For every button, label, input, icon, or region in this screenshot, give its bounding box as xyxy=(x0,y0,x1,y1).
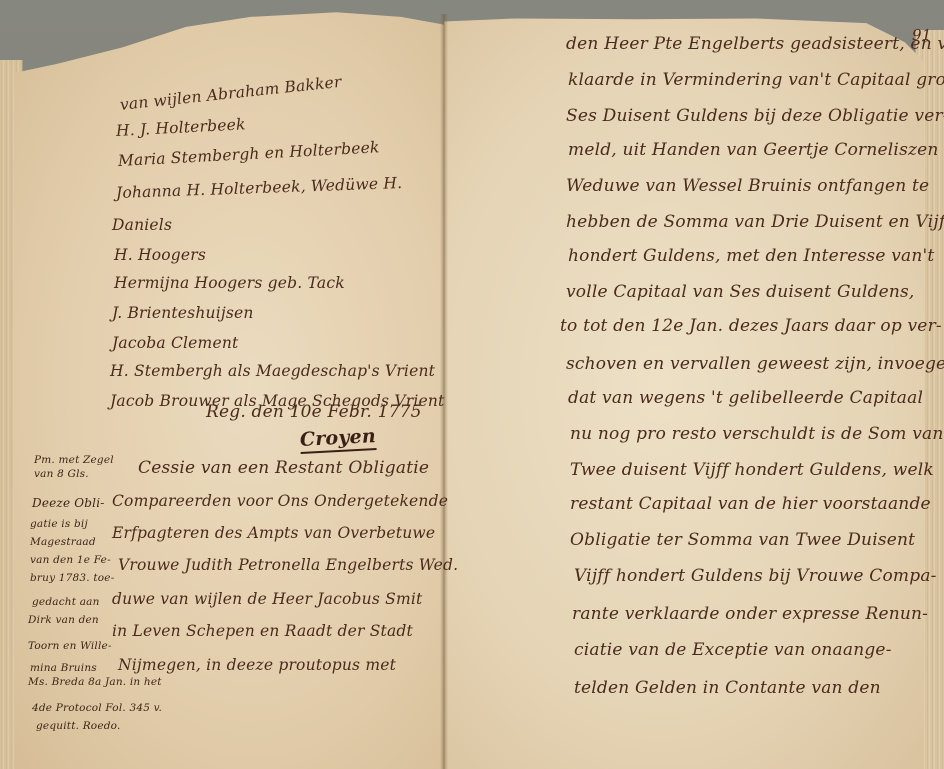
left-body-line: duwe van wijlen de Heer Jacobus Smit xyxy=(112,590,422,608)
right-line: Ses Duisent Guldens bij deze Obligatie v… xyxy=(566,106,944,126)
right-line: volle Capitaal van Ses duisent Guldens, xyxy=(566,282,915,302)
left-line: H. Hoogers xyxy=(114,246,206,264)
right-line: Twee duisent Vijff hondert Guldens, welk xyxy=(570,460,934,480)
right-line: den Heer Pte Engelberts geadsisteert, en… xyxy=(566,34,944,54)
left-body-line: Erfpagteren des Ampts van Overbetuwe xyxy=(112,524,435,542)
margin-note-line: mina Bruins xyxy=(30,662,97,674)
registration-date: Reg. den 10e Febr. 1775 xyxy=(206,402,422,422)
right-line: hebben de Somma van Drie Duisent en Vijf… xyxy=(566,212,944,232)
left-body-line: in Leven Schepen en Raadt der Stadt xyxy=(112,622,413,640)
right-line: to tot den 12e Jan. dezes Jaars daar op … xyxy=(560,316,942,336)
right-line: restant Capitaal van de hier voorstaande xyxy=(570,494,931,514)
left-body-line: Compareerden voor Ons Ondergetekende xyxy=(112,492,448,510)
left-line: Daniels xyxy=(112,216,172,234)
right-line: hondert Guldens, met den Interesse van't xyxy=(568,246,934,266)
right-line: nu nog pro resto verschuldt is de Som va… xyxy=(570,424,944,444)
margin-note-line: van 8 Gls. xyxy=(34,468,89,480)
right-line: Weduwe van Wessel Bruinis ontfangen te xyxy=(566,176,929,196)
left-line: Hermijna Hoogers geb. Tack xyxy=(114,274,345,292)
margin-note-line: Magestraad xyxy=(30,536,96,548)
margin-note-line: 4de Protocol Fol. 345 v. xyxy=(32,702,162,714)
margin-note-line: van den 1e Fe- xyxy=(30,554,111,566)
right-line: dat van wegens 't gelibelleerde Capitaal xyxy=(568,388,923,408)
right-line: Obligatie ter Somma van Twee Duisent xyxy=(570,530,915,550)
margin-note-line: bruy 1783. toe- xyxy=(30,572,114,584)
margin-note-line: Deeze Obli- xyxy=(32,496,105,510)
margin-note-line: Toorn en Wille- xyxy=(28,640,112,652)
right-line: Vijff hondert Guldens bij Vrouwe Compa- xyxy=(574,566,937,586)
left-line: H. Stembergh als Maegdeschap's Vrient xyxy=(110,362,435,380)
margin-note-line: gedacht aan xyxy=(32,596,100,608)
right-line: telden Gelden in Contante van den xyxy=(574,678,881,698)
left-line: Jacoba Clement xyxy=(112,334,238,352)
deed-heading: Cessie van een Restant Obligatie xyxy=(138,458,429,478)
left-body-line: Nijmegen, in deeze proutopus met xyxy=(118,656,396,674)
right-line: rante verklaarde onder expresse Renun- xyxy=(572,604,928,624)
margin-note-line: gatie is bij xyxy=(30,518,88,530)
right-line: meld, uit Handen van Geertje Corneliszen xyxy=(568,140,939,160)
left-body-line: Vrouwe Judith Petronella Engelberts Wed. xyxy=(118,556,458,574)
right-line: ciatie van de Exceptie van onaange- xyxy=(574,640,892,660)
margin-note-line: Dirk van den xyxy=(28,614,99,626)
right-line: klaarde in Vermindering van't Capitaal g… xyxy=(568,70,944,90)
left-line: J. Brienteshuijsen xyxy=(112,304,254,322)
clerk-signature: Croyen xyxy=(299,425,376,454)
margin-note-line: Ms. Breda 8a Jan. in het xyxy=(28,676,162,688)
margin-note-line: gequitt. Roedo. xyxy=(36,720,121,732)
margin-note-line: Pm. met Zegel xyxy=(34,454,114,466)
right-line: schoven en vervallen geweest zijn, invoe… xyxy=(566,354,944,374)
